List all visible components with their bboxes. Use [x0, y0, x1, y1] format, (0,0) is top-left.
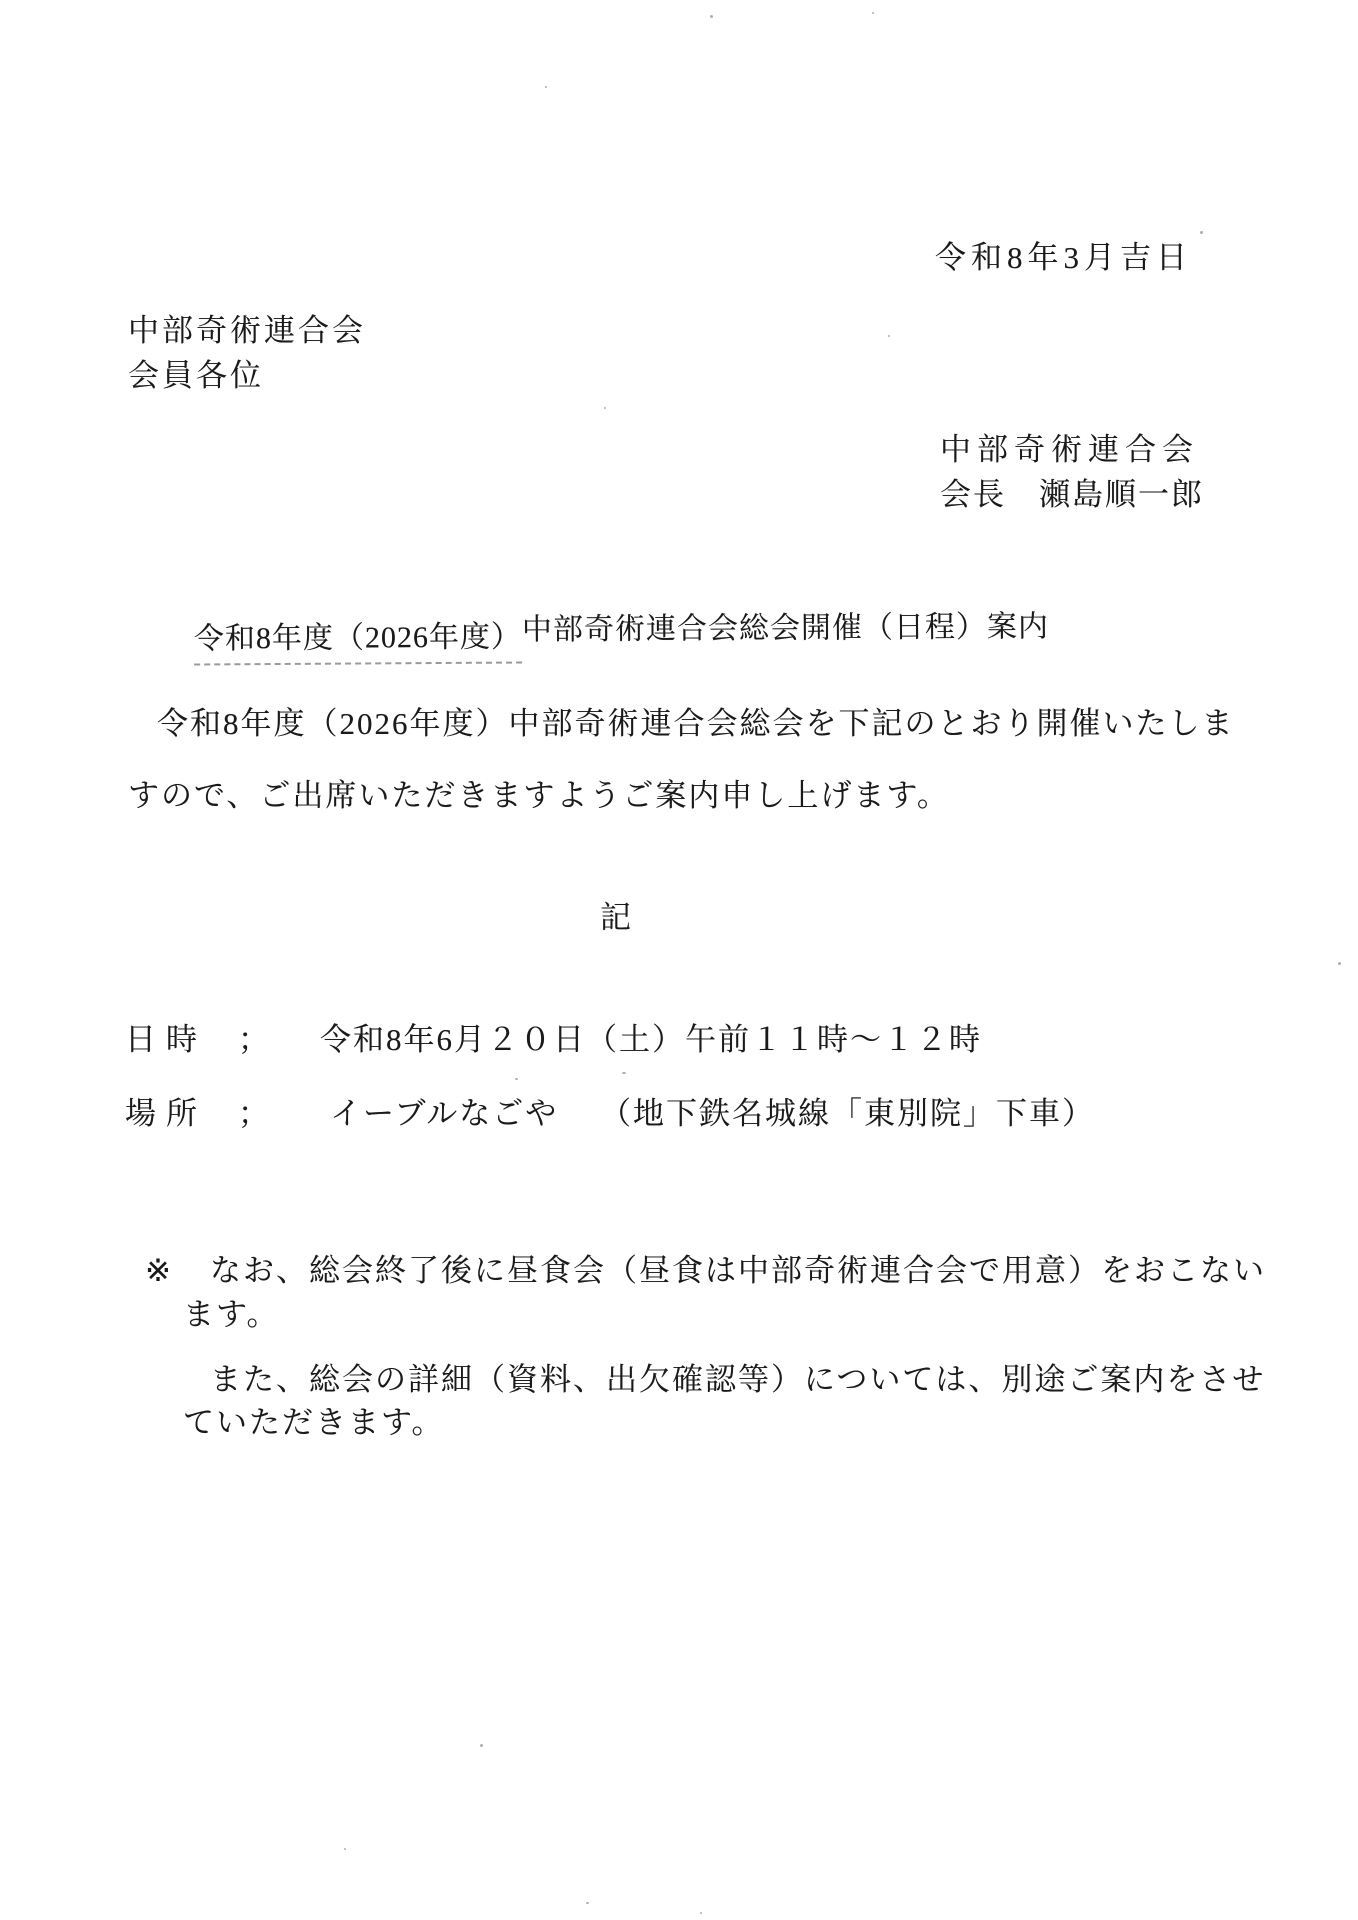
note1-marker: ※	[145, 1253, 173, 1289]
scan-speck	[545, 86, 547, 88]
scan-speck	[1200, 231, 1203, 234]
body-line-1: 令和8年度（2026年度）中部奇術連合会総会を下記のとおり開催いたしま	[157, 706, 1235, 742]
sender-signature: 会長 瀬島順一郎	[940, 477, 1204, 513]
scan-speck	[622, 1072, 626, 1074]
schedule-place-separator: ；	[238, 1096, 271, 1132]
scan-speck	[344, 1848, 346, 1850]
scan-speck	[1338, 962, 1341, 965]
scanned-letter-page: 令和8年3月吉日 中部奇術連合会 会員各位 中部奇術連合会 会長 瀬島順一郎 令…	[0, 0, 1358, 1920]
document-title: 令和8年度（2026年度）中部奇術連合会総会開催（日程）案内	[160, 582, 1050, 700]
schedule-place-label: 場所	[125, 1096, 207, 1132]
scan-speck	[515, 1078, 518, 1080]
issue-date: 令和8年3月吉日	[935, 240, 1192, 276]
scan-speck	[586, 1902, 589, 1904]
body-line-2: すので、ご出席いただきますようご案内申し上げます。	[128, 778, 950, 814]
schedule-datetime-label: 日時	[125, 1022, 207, 1058]
schedule-place-access: （地下鉄名城線「東別院」下車）	[600, 1096, 1095, 1132]
recipient-org: 中部奇術連合会	[128, 313, 366, 349]
scan-speck	[872, 12, 874, 14]
document-title-part2: 中部奇術連合会総会開催（日程）案内	[522, 610, 1049, 648]
note1-line-2: ます。	[183, 1297, 280, 1333]
note2-line-2: ていただきます。	[183, 1405, 445, 1441]
sender-org: 中部奇術連合会	[940, 432, 1199, 468]
schedule-datetime-value: 令和8年6月２０日（土）午前１１時～１２時	[320, 1022, 982, 1058]
scan-speck	[604, 407, 606, 409]
scan-speck	[888, 335, 890, 337]
record-marker: 記	[600, 900, 631, 936]
recipient-salutation: 会員各位	[128, 358, 264, 394]
scan-speck	[700, 1912, 702, 1914]
document-title-part1: 令和8年度（2026年度）	[194, 620, 522, 666]
note1-line-1: なお、総会終了後に昼食会（昼食は中部奇術連合会で用意）をおこない	[210, 1253, 1266, 1289]
schedule-datetime-separator: ；	[238, 1022, 271, 1058]
note2-line-1: また、総会の詳細（資料、出欠確認等）については、別途ご案内をさせ	[210, 1362, 1265, 1398]
scan-speck	[710, 15, 713, 18]
schedule-place-venue: イーブルなごや	[330, 1096, 558, 1132]
scan-speck	[480, 1744, 483, 1747]
